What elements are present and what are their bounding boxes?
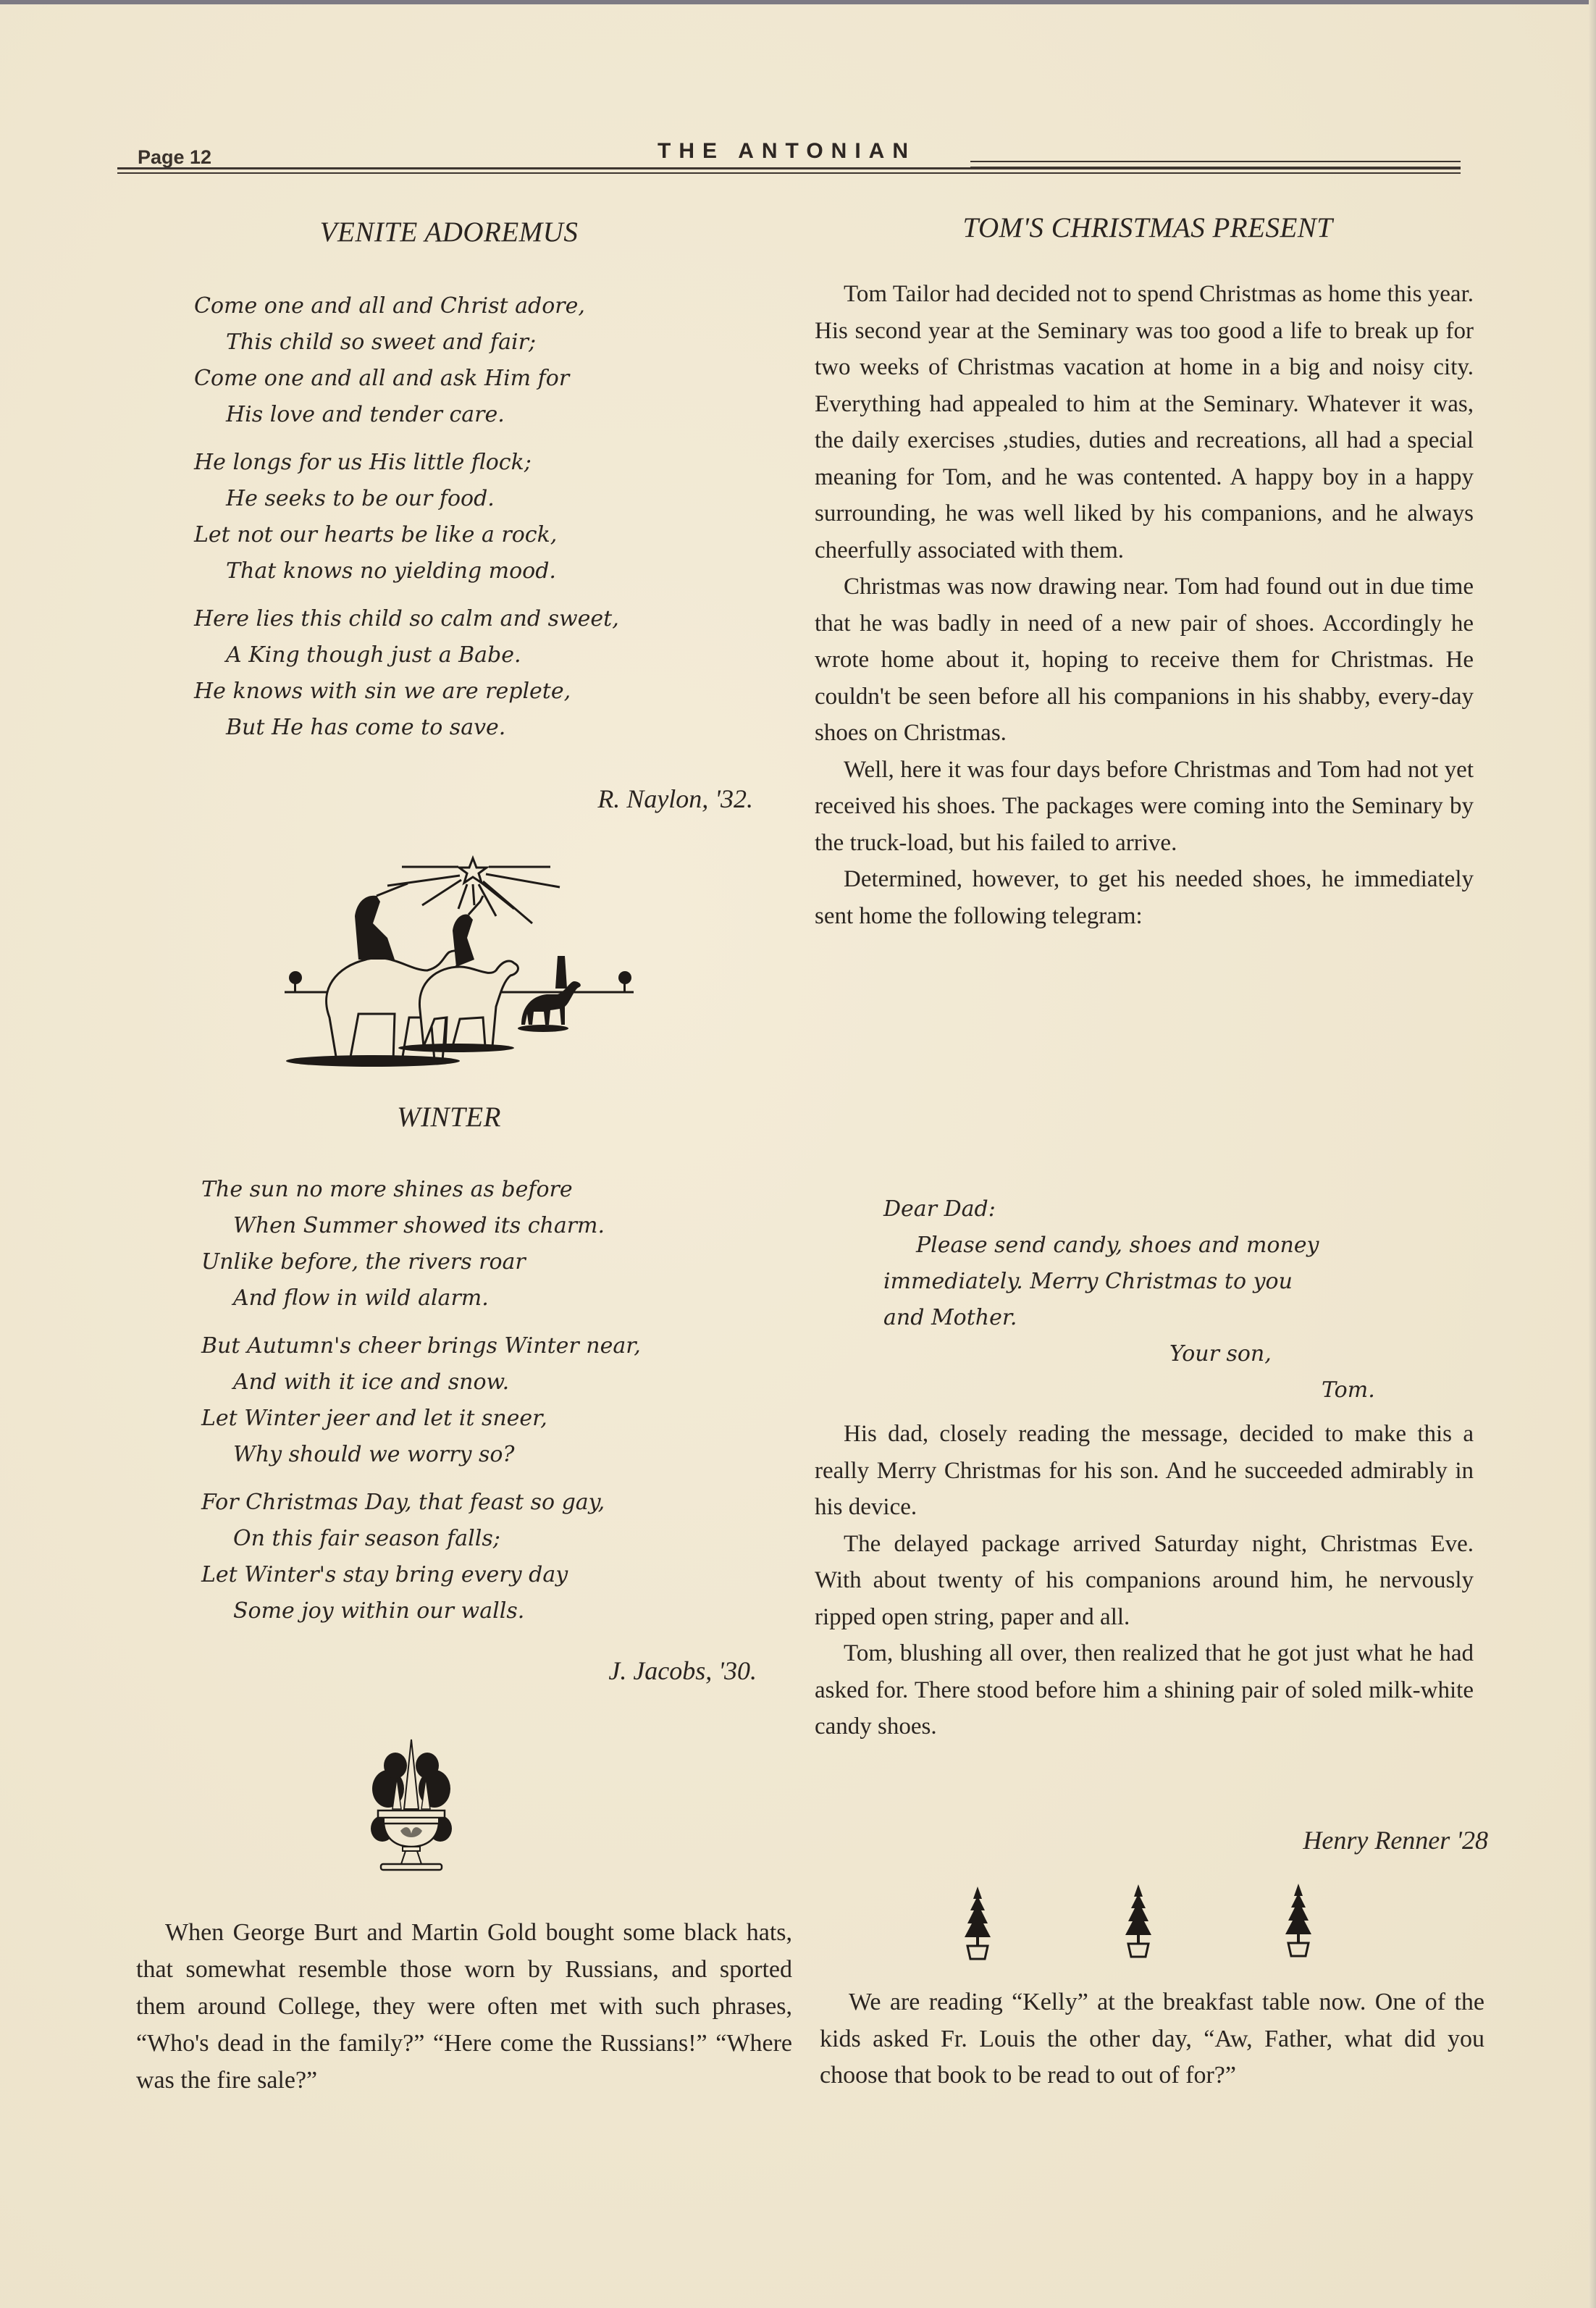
stanza: Come one and all and Christ adore, This …: [194, 288, 619, 433]
poem-line: And with it ice and snow.: [201, 1364, 641, 1401]
story-paragraph: Tom, blushing all over, then realized th…: [815, 1635, 1474, 1745]
poem-line: For Christmas Day, that feast so gay,: [201, 1485, 641, 1521]
poem-author-naylon: R. Naylon, '32.: [434, 784, 753, 814]
story-paragraph: Well, here it was four days before Chris…: [815, 752, 1474, 862]
stanza: For Christmas Day, that feast so gay, On…: [201, 1485, 641, 1629]
story-body: Tom Tailor had decided not to spend Chri…: [815, 276, 1474, 934]
tree-icon: [965, 1887, 991, 1959]
telegram-salutation: Dear Dad:: [883, 1191, 1463, 1228]
poem-title-venite-adoremus: VENITE ADOREMUS: [138, 216, 797, 248]
story-body-continued: His dad, closely reading the message, de…: [815, 1416, 1474, 1745]
poem-line: He knows with sin we are replete,: [194, 673, 619, 710]
story-paragraph: Tom Tailor had decided not to spend Chri…: [815, 276, 1474, 568]
poem-line: He seeks to be our food.: [194, 481, 619, 517]
poem-line: On this fair season falls;: [201, 1521, 641, 1557]
poem-line: Some joy within our walls.: [201, 1593, 641, 1629]
story-paragraph: The delayed package arrived Saturday nig…: [815, 1526, 1474, 1636]
story-author-renner: Henry Renner '28: [1086, 1825, 1488, 1855]
publication-title: THE ANTONIAN: [658, 139, 916, 164]
story-title: TOM'S CHRISTMAS PRESENT: [811, 211, 1477, 244]
header-rule-right: [970, 161, 1461, 168]
telegram: Dear Dad: Please send candy, shoes and m…: [883, 1191, 1463, 1409]
story-paragraph: Christmas was now drawing near. Tom had …: [815, 568, 1474, 752]
poem-line: Unlike before, the rivers roar: [201, 1244, 641, 1280]
wise-men-camels-illustration: [272, 851, 634, 1068]
note-paragraph: We are reading “Kelly” at the breakfast …: [820, 1984, 1484, 2094]
poem-line: But Autumn's cheer brings Winter near,: [201, 1328, 641, 1364]
poem-line: He longs for us His little flock;: [194, 445, 619, 481]
stanza: But Autumn's cheer brings Winter near, A…: [201, 1328, 641, 1473]
poem-line: The sun no more shines as before: [201, 1172, 641, 1208]
poem-author-jacobs: J. Jacobs, '30.: [434, 1656, 757, 1686]
fountain-urn-ornament: [368, 1738, 455, 1876]
poem-line: This child so sweet and fair;: [194, 324, 619, 361]
page-number: Page 12: [138, 146, 211, 169]
note-paragraph: When George Burt and Martin Gold bought …: [136, 1914, 792, 2099]
poem-line: Why should we worry so?: [201, 1437, 641, 1473]
poem-line: Come one and all and Christ adore,: [194, 288, 619, 324]
header-rule: [117, 167, 1461, 174]
telegram-line: immediately. Merry Christmas to you: [883, 1264, 1463, 1300]
stanza: Here lies this child so calm and sweet, …: [194, 601, 619, 746]
poem-line: Let not our hearts be like a rock,: [194, 517, 619, 553]
scan-right-edge: [1589, 0, 1596, 2308]
poem-venite-adoremus: Come one and all and Christ adore, This …: [194, 288, 619, 758]
stanza: The sun no more shines as before When Su…: [201, 1172, 641, 1317]
poem-line: When Summer showed its charm.: [201, 1208, 641, 1244]
christmas-trees-ornament: [956, 1883, 1361, 1963]
poem-line: But He has come to save.: [194, 710, 619, 746]
poem-venite-title-wrap: VENITE ADOREMUS: [138, 216, 797, 248]
poem-line: Let Winter's stay bring every day: [201, 1557, 641, 1593]
poem-line: And flow in wild alarm.: [201, 1280, 641, 1317]
note-kelly-breakfast: We are reading “Kelly” at the breakfast …: [820, 1984, 1484, 2094]
story-title-wrap: TOM'S CHRISTMAS PRESENT: [811, 211, 1477, 244]
poem-line: Come one and all and ask Him for: [194, 361, 619, 397]
stanza: He longs for us His little flock; He see…: [194, 445, 619, 589]
poem-line: His love and tender care.: [194, 397, 619, 433]
poem-line: Let Winter jeer and let it sneer,: [201, 1401, 641, 1437]
poem-line: Here lies this child so calm and sweet,: [194, 601, 619, 637]
poem-winter-title-wrap: WINTER: [138, 1101, 797, 1133]
poem-line: That knows no yielding mood.: [194, 553, 619, 589]
poem-line: A King though just a Babe.: [194, 637, 619, 673]
poem-winter: The sun no more shines as before When Su…: [201, 1172, 641, 1641]
poem-title-winter: WINTER: [138, 1101, 797, 1133]
telegram-line: Please send candy, shoes and money: [883, 1228, 1463, 1264]
telegram-line: and Mother.: [883, 1300, 1463, 1336]
note-russian-hats: When George Burt and Martin Gold bought …: [136, 1914, 792, 2099]
telegram-signature: Tom.: [883, 1372, 1463, 1409]
story-paragraph: Determined, however, to get his needed s…: [815, 861, 1474, 934]
telegram-closing: Your son,: [883, 1336, 1463, 1372]
story-paragraph: His dad, closely reading the message, de…: [815, 1416, 1474, 1526]
